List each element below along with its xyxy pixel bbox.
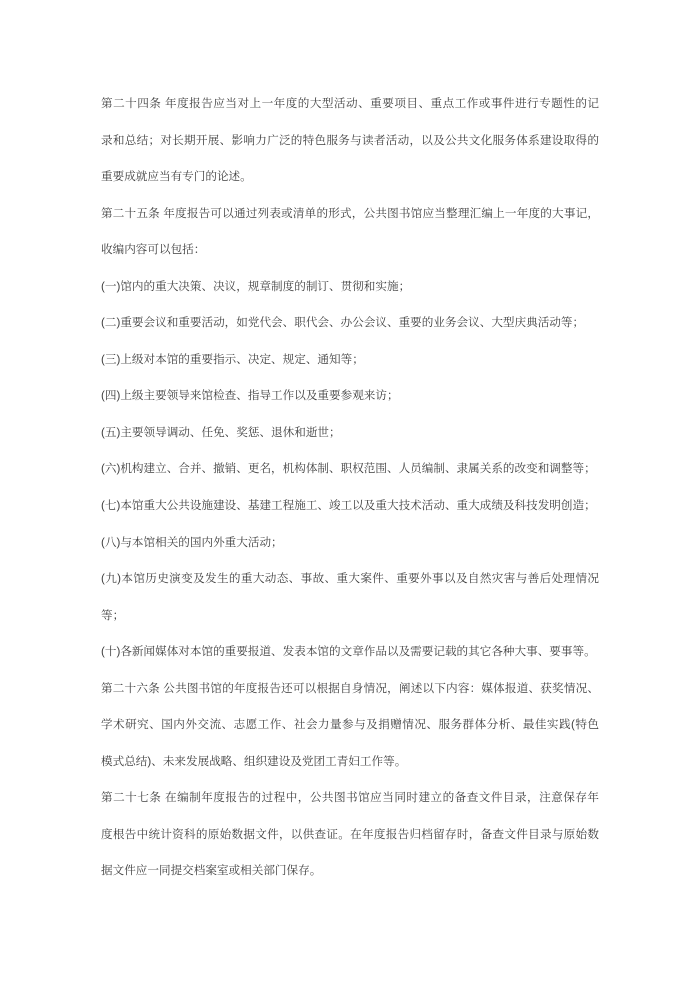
text-line: (三)上级对本馆的重要指示、决定、规定、通知等； — [101, 342, 599, 379]
text-line: (六)机构建立、合并、撤销、更名，机构体制、职权范围、人员编制、隶属关系的改变和… — [101, 451, 599, 488]
text-line: (十)各新闻媒体对本馆的重要报道、发表本馆的文章作品以及需要记载的其它各种大事、… — [101, 634, 599, 671]
text-line: 第二十五条 年度报告可以通过列表或清单的形式，公共图书馆应当整理汇编上一年度的大… — [101, 196, 599, 233]
text-line: 第二十七条 在编制年度报告的过程中，公共图书馆应当同时建立的备查文件目录，注意保… — [101, 780, 599, 817]
text-line: (八)与本馆相关的国内外重大活动； — [101, 525, 599, 562]
text-line: 模式总结)、未来发展战略、组织建设及党团工青妇工作等。 — [101, 744, 599, 781]
paragraph: (十)各新闻媒体对本馆的重要报道、发表本馆的文章作品以及需要记载的其它各种大事、… — [101, 634, 599, 671]
paragraph: 第二十四条 年度报告应当对上一年度的大型活动、重要项目、重点工作或事件进行专题性… — [101, 86, 599, 196]
paragraph: (八)与本馆相关的国内外重大活动； — [101, 525, 599, 562]
text-line: 等； — [101, 598, 599, 635]
text-line: 学术研究、国内外交流、志愿工作、社会力量参与及捐赠情况、服务群体分析、最佳实践(… — [101, 707, 599, 744]
text-line: 重要成就应当有专门的论述。 — [101, 159, 599, 196]
paragraph: 第二十五条 年度报告可以通过列表或清单的形式，公共图书馆应当整理汇编上一年度的大… — [101, 196, 599, 269]
paragraph: 第二十七条 在编制年度报告的过程中，公共图书馆应当同时建立的备查文件目录，注意保… — [101, 780, 599, 890]
paragraph: (二)重要会议和重要活动，如党代会、职代会、办公会议、重要的业务会议、大型庆典活… — [101, 305, 599, 342]
text-line: 度根告中统计资科的原始数据文件，以供查证。在年度报告归档留存时，备查文件目录与原… — [101, 817, 599, 854]
paragraph: 第二十六条 公共图书馆的年度报告还可以根据自身情况，阐述以下内容：媒体报道、获奖… — [101, 671, 599, 781]
paragraph: (七)本馆重大公共设施建设、基建工程施工、竣工以及重大技术活动、重大成绩及科技发… — [101, 488, 599, 525]
paragraph: (五)主要领导调动、任免、奖惩、退休和逝世； — [101, 415, 599, 452]
paragraph: (九)本馆历史演变及发生的重大动态、事故、重大案件、重要外事以及自然灾害与善后处… — [101, 561, 599, 634]
text-line: 录和总结；对长期开展、影响力广泛的特色服务与读者活动，以及公共文化服务体系建设取… — [101, 123, 599, 160]
text-line: (四)上级主要领导来馆检查、指导工作以及重要参观来访； — [101, 378, 599, 415]
text-line: (九)本馆历史演变及发生的重大动态、事故、重大案件、重要外事以及自然灾害与善后处… — [101, 561, 599, 598]
text-line: (一)馆内的重大决策、决议，规章制度的制订、贯彻和实施； — [101, 269, 599, 306]
text-line: 据文件应一同提交档案室或相关部门保存。 — [101, 853, 599, 890]
text-line: (七)本馆重大公共设施建设、基建工程施工、竣工以及重大技术活动、重大成绩及科技发… — [101, 488, 599, 525]
paragraph: (六)机构建立、合并、撤销、更名，机构体制、职权范围、人员编制、隶属关系的改变和… — [101, 451, 599, 488]
text-line: 收编内容可以包括： — [101, 232, 599, 269]
paragraph: (一)馆内的重大决策、决议，规章制度的制订、贯彻和实施； — [101, 269, 599, 306]
text-line: (五)主要领导调动、任免、奖惩、退休和逝世； — [101, 415, 599, 452]
text-line: 第二十六条 公共图书馆的年度报告还可以根据自身情况，阐述以下内容：媒体报道、获奖… — [101, 671, 599, 708]
paragraph: (三)上级对本馆的重要指示、决定、规定、通知等； — [101, 342, 599, 379]
paragraph: (四)上级主要领导来馆检查、指导工作以及重要参观来访； — [101, 378, 599, 415]
text-line: (二)重要会议和重要活动，如党代会、职代会、办公会议、重要的业务会议、大型庆典活… — [101, 305, 599, 342]
text-line: 第二十四条 年度报告应当对上一年度的大型活动、重要项目、重点工作或事件进行专题性… — [101, 86, 599, 123]
document-page: 第二十四条 年度报告应当对上一年度的大型活动、重要项目、重点工作或事件进行专题性… — [101, 86, 599, 890]
